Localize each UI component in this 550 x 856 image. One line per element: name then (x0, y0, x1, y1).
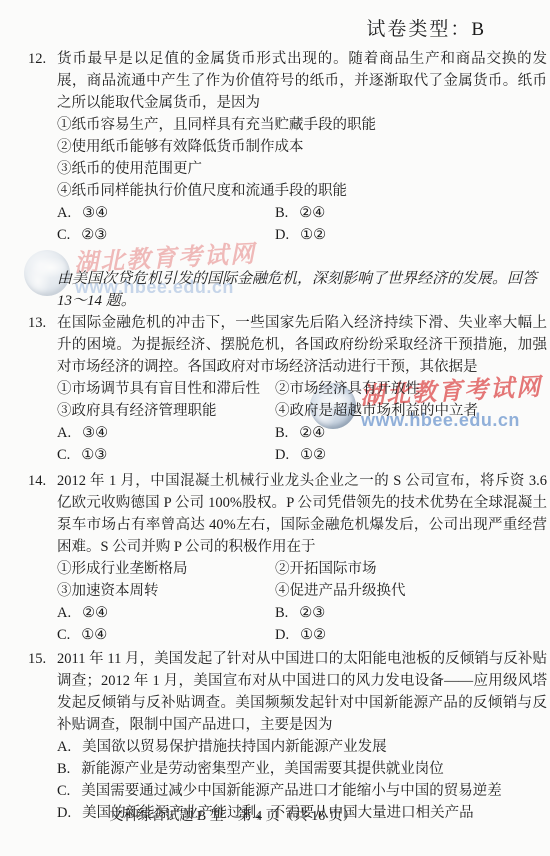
choice-value: ②③ (299, 605, 325, 621)
choice-a: A.③④ (57, 422, 275, 444)
statement-item: ①市场调节具有盲目性和滞后性 (57, 378, 275, 400)
page-footer: 文科综合试题 B 型 第 4 页（共 16 页） (0, 805, 466, 825)
choice-label: D. (275, 627, 289, 643)
paper-type-label: 试卷类型：B (366, 14, 486, 41)
choice-value: ③④ (82, 205, 108, 221)
question-body: 2011 年 11 月，美国发起了针对从中国进口的太阳能电池板的反倾销与反补贴调… (57, 648, 547, 824)
question-number: 15. (28, 648, 57, 824)
choices: A.③④ B.②④ C.②③ D.①② (57, 202, 547, 246)
questions-area: 12. 货币最早是以足值的金属货币形式出现的。随着商品生产和商品交换的发展，商品… (28, 48, 547, 824)
numbered-statements: ①纸币容易生产，且同样具有充当贮藏手段的职能 ②使用纸币能够有效降低货币制作成本… (57, 114, 547, 202)
choice-value: ③④ (82, 425, 108, 441)
question-14: 14. 2012 年 1 月，中国混凝土机械行业龙头企业之一的 S 公司宣布，将… (28, 470, 547, 646)
choices: A.②④ B.②③ C.①④ D.①② (57, 602, 547, 646)
question-stem: 货币最早是以足值的金属货币形式出现的。随着商品生产和商品交换的发展，商品流通中产… (57, 48, 547, 114)
choice-b: B.②③ (275, 602, 547, 624)
section-intro: 由美国次贷危机引发的国际金融危机，深刻影响了世界经济的发展。回答 13～14 题… (57, 268, 547, 312)
choice-d: D.①② (275, 624, 547, 646)
choices: A.③④ B.②④ C.①③ D.①② (57, 422, 547, 466)
choice-a: A.美国欲以贸易保护措施扶持国内新能源产业发展 (57, 736, 547, 758)
choice-a: A.②④ (57, 602, 275, 624)
statement-item: ④纸币同样能执行价值尺度和流通手段的职能 (57, 180, 547, 202)
choice-value: ②④ (299, 425, 325, 441)
statement-item: ①纸币容易生产，且同样具有充当贮藏手段的职能 (57, 114, 547, 136)
choice-d: D.①② (275, 224, 547, 246)
choice-c: C.①③ (57, 444, 275, 466)
statement-item: ③政府具有经济管理职能 (57, 400, 275, 422)
choice-value: ②④ (82, 605, 108, 621)
statement-item: ②市场经济具有开放性 (275, 378, 547, 400)
statement-item: ④政府是超越市场利益的中立者 (275, 400, 547, 422)
choice-label: A. (57, 205, 71, 221)
choice-label: A. (57, 605, 71, 621)
numbered-statements: ①市场调节具有盲目性和滞后性 ②市场经济具有开放性 ③政府具有经济管理职能 ④政… (57, 378, 547, 422)
choice-b: B.新能源产业是劳动密集型产业，美国需要其提供就业岗位 (57, 758, 547, 780)
statement-item: ①形成行业垄断格局 (57, 558, 275, 580)
question-body: 2012 年 1 月，中国混凝土机械行业龙头企业之一的 S 公司宣布，将斥资 3… (57, 470, 547, 646)
choice-value: ①② (300, 447, 326, 463)
statement-item: ④促进产品升级换代 (275, 580, 547, 602)
statement-item: ③纸币的使用范围更广 (57, 158, 547, 180)
choice-label: B. (275, 605, 288, 621)
choice-value: ①③ (81, 447, 107, 463)
choice-label: B. (57, 761, 70, 777)
question-stem: 在国际金融危机的冲击下，一些国家先后陷入经济持续下滑、失业率大幅上升的困境。为提… (57, 312, 547, 378)
choice-value: ①② (300, 627, 326, 643)
question-15: 15. 2011 年 11 月，美国发起了针对从中国进口的太阳能电池板的反倾销与… (28, 648, 547, 824)
choice-c: C.美国需要通过减少中国新能源产品进口才能缩小与中国的贸易逆差 (57, 780, 547, 802)
numbered-statements: ①形成行业垄断格局 ②开拓国际市场 ③加速资本周转 ④促进产品升级换代 (57, 558, 547, 602)
question-13: 13. 在国际金融危机的冲击下，一些国家先后陷入经济持续下滑、失业率大幅上升的困… (28, 312, 547, 466)
statement-item: ③加速资本周转 (57, 580, 275, 602)
statement-item: ②开拓国际市场 (275, 558, 547, 580)
choice-label: C. (57, 627, 70, 643)
statement-item: ②使用纸币能够有效降低货币制作成本 (57, 136, 547, 158)
question-stem: 2011 年 11 月，美国发起了针对从中国进口的太阳能电池板的反倾销与反补贴调… (57, 648, 547, 736)
choice-label: B. (275, 205, 288, 221)
choice-value: 新能源产业是劳动密集型产业，美国需要其提供就业岗位 (81, 761, 444, 777)
choice-value: ①④ (81, 627, 107, 643)
choice-value: ②③ (81, 227, 107, 243)
question-body: 货币最早是以足值的金属货币形式出现的。随着商品生产和商品交换的发展，商品流通中产… (57, 48, 547, 246)
choice-label: A. (57, 425, 71, 441)
question-stem: 2012 年 1 月，中国混凝土机械行业龙头企业之一的 S 公司宣布，将斥资 3… (57, 470, 547, 558)
choice-value: ①② (300, 227, 326, 243)
choice-label: C. (57, 447, 70, 463)
question-number: 12. (28, 48, 57, 246)
choice-value: ②④ (299, 205, 325, 221)
choice-b: B.②④ (275, 202, 547, 224)
question-number: 14. (28, 470, 57, 646)
choice-value: 美国需要通过减少中国新能源产品进口才能缩小与中国的贸易逆差 (81, 783, 502, 799)
choice-label: B. (275, 425, 288, 441)
choice-label: C. (57, 783, 70, 799)
choice-label: A. (57, 739, 71, 755)
choice-a: A.③④ (57, 202, 275, 224)
question-12: 12. 货币最早是以足值的金属货币形式出现的。随着商品生产和商品交换的发展，商品… (28, 48, 547, 246)
choice-label: D. (275, 227, 289, 243)
choice-d: D.①② (275, 444, 547, 466)
choice-b: B.②④ (275, 422, 547, 444)
choice-label: C. (57, 227, 70, 243)
choice-value: 美国欲以贸易保护措施扶持国内新能源产业发展 (82, 739, 387, 755)
choice-c: C.①④ (57, 624, 275, 646)
choice-c: C.②③ (57, 224, 275, 246)
exam-paper-page: 试卷类型：B 湖北教育考试网 www.hbee.edu.cn 湖北教育考试网 w… (0, 0, 550, 856)
question-body: 在国际金融危机的冲击下，一些国家先后陷入经济持续下滑、失业率大幅上升的困境。为提… (57, 312, 547, 466)
question-number: 13. (28, 312, 57, 466)
choice-label: D. (275, 447, 289, 463)
